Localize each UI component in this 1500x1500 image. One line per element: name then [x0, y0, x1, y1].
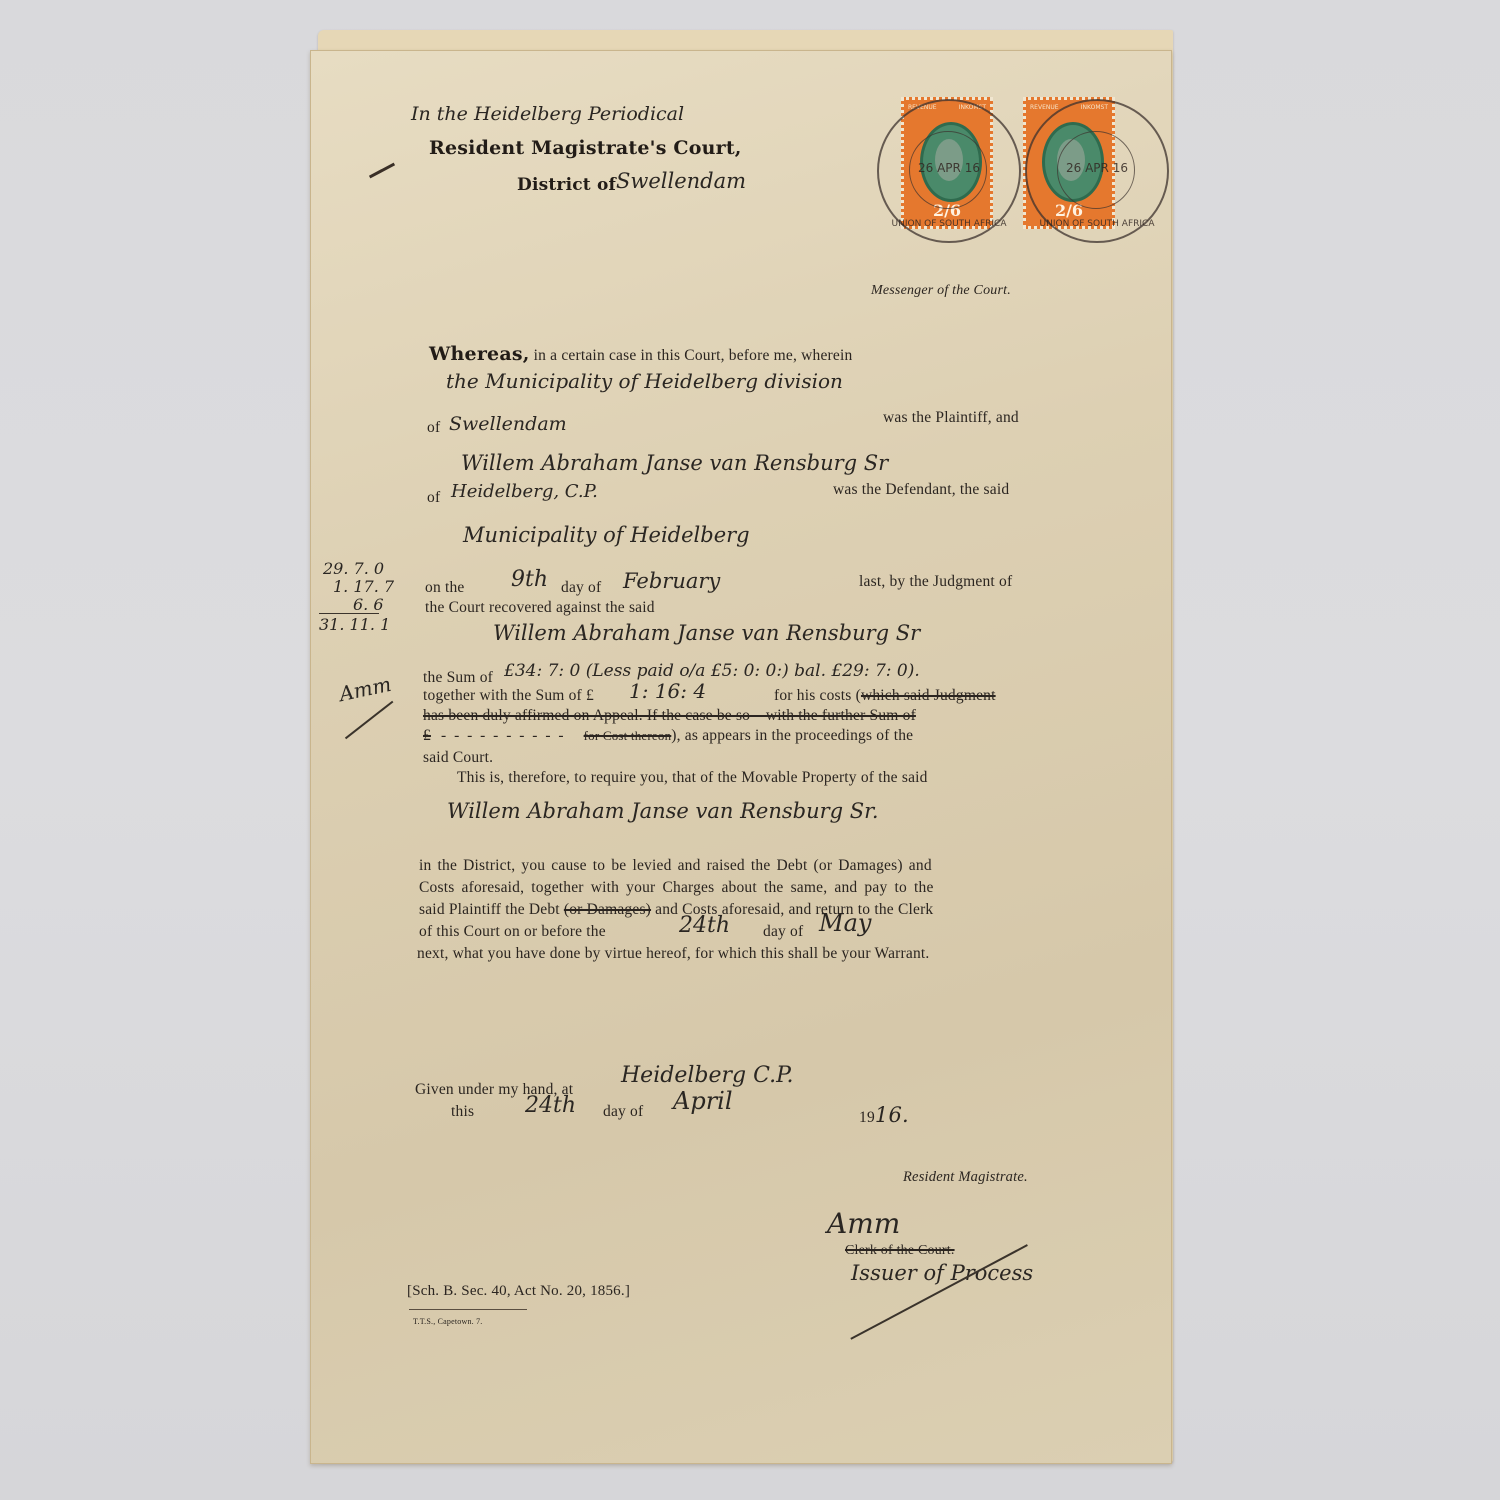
defendant-name: Willem Abraham Janse van Rensburg Sr [461, 451, 888, 475]
warrant-document: In the Heidelberg Periodical Resident Ma… [310, 50, 1172, 1464]
levy-line-5: next, what you have done by virtue hereo… [417, 945, 929, 963]
margin-flourish [345, 701, 393, 739]
levy-line-1: in the District, you cause to be levied … [419, 857, 932, 875]
struck-text-appeal: has been duly affirmed on Appeal. If the… [423, 707, 916, 725]
margin-calc-rule [319, 613, 379, 614]
levy-line-2: Costs aforesaid, together with your Char… [419, 879, 934, 897]
plaintiff-name: the Municipality of Heidelberg division [446, 369, 843, 393]
whereas-word: Whereas, [429, 343, 530, 365]
addressee-line: Messenger of the Court. [871, 283, 1011, 299]
footer-rule [409, 1309, 527, 1310]
struck-text-judgment: which said Judgment [861, 687, 996, 704]
levy-line-3a: said Plaintiff the Debt [419, 901, 560, 918]
levy-struck-damages: (or Damages) [564, 901, 651, 918]
proceedings-text: ), as appears in the proceedings of the [671, 727, 913, 744]
court-title: Resident Magistrate's Court, [429, 137, 742, 159]
judgment-day: 9th [511, 567, 548, 592]
given-day: 24th [525, 1093, 576, 1118]
said-court-text: said Court. [423, 749, 493, 767]
recovered-label: the Court recovered against the said [425, 599, 655, 617]
on-the-label: on the [425, 579, 465, 597]
costs-for-label: for his costs ( [774, 687, 861, 704]
postmark-cancellation-1: 26 APR 16 UNION OF SOUTH AFRICA [877, 99, 1021, 243]
margin-tick-mark [369, 163, 395, 179]
margin-initials: Amm [337, 672, 393, 706]
plaintiff-label: was the Plaintiff, and [883, 409, 1019, 427]
return-month: May [819, 909, 871, 937]
day-of-label: day of [561, 579, 601, 597]
defendant-place: Heidelberg, C.P. [451, 481, 598, 502]
magistrate-signature: Amm [827, 1207, 900, 1240]
judgment-label: last, by the Judgment of [859, 573, 1012, 591]
margin-calc-3: 6. 6 [353, 595, 384, 614]
plaintiff-place: Swellendam [449, 413, 567, 435]
given-month: April [673, 1087, 733, 1115]
struck-pound-sign: £ [423, 727, 431, 744]
statute-reference: [Sch. B. Sec. 40, Act No. 20, 1856.] [407, 1283, 630, 1300]
given-day-of: day of [603, 1103, 643, 1121]
sum-value: £34: 7: 0 (Less paid o/a £5: 0: 0:) bal.… [504, 661, 920, 681]
recovered-against: Willem Abraham Janse van Rensburg Sr [493, 621, 920, 645]
require-text: This is, therefore, to require you, that… [457, 769, 928, 787]
issuer-of-process: Issuer of Process [851, 1261, 1033, 1285]
printer-imprint: T.T.S., Capetown. 7. [413, 1317, 482, 1326]
district-label: District of [517, 175, 616, 195]
handwritten-court-prefix: In the Heidelberg Periodical [411, 103, 684, 125]
said-party: Municipality of Heidelberg [463, 523, 750, 547]
clerk-label-struck: Clerk of the Court. [845, 1243, 955, 1259]
magistrate-label: Resident Magistrate. [903, 1169, 1028, 1186]
property-owner: Willem Abraham Janse van Rensburg Sr. [447, 799, 879, 823]
this-label: this [451, 1103, 474, 1121]
struck-text-cost: for Cost thereon [584, 728, 672, 743]
margin-calc-total: 31. 11. 1 [319, 615, 390, 634]
levy-line-4a: of this Court on or before the [419, 923, 606, 941]
return-day: 24th [679, 913, 730, 938]
district-value: Swellendam [616, 169, 746, 193]
levy-day-of: day of [763, 923, 803, 941]
year-prefix: 19 [859, 1109, 875, 1126]
blank-dashes: - - - - - - - - - - [441, 727, 566, 744]
judgment-month: February [623, 569, 720, 593]
costs-value: 1: 16: 4 [629, 679, 706, 703]
sum-label: the Sum of [423, 669, 493, 687]
margin-calc-1: 29. 7. 0 [323, 559, 384, 578]
of-label: of [427, 489, 440, 507]
whereas-text: in a certain case in this Court, before … [534, 347, 853, 364]
postmark-cancellation-2: 26 APR 16 UNION OF SOUTH AFRICA [1025, 99, 1169, 243]
given-place: Heidelberg C.P. [621, 1063, 793, 1088]
costs-label: together with the Sum of £ [423, 687, 594, 705]
year-suffix: 16. [875, 1103, 909, 1127]
of-label: of [427, 419, 440, 437]
defendant-label: was the Defendant, the said [833, 481, 1009, 499]
margin-calc-2: 1. 17. 7 [333, 577, 394, 596]
